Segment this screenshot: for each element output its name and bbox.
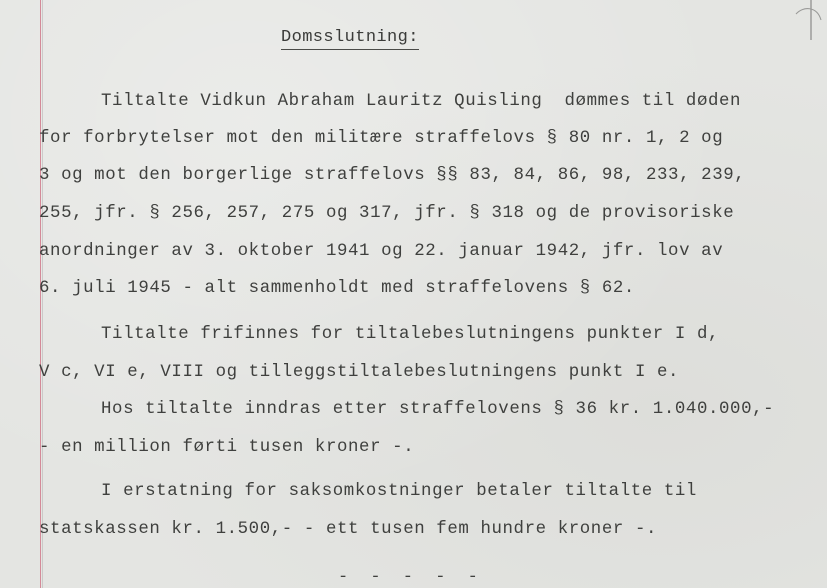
text-line: 6. juli 1945 - alt sammenholdt med straf…	[39, 279, 635, 299]
text-line: Tiltalte frifinnes for tiltalebeslutning…	[101, 325, 719, 345]
text-line: for forbrytelser mot den militære straff…	[39, 129, 723, 149]
text-line: Tiltalte Vidkun Abraham Lauritz Quisling…	[101, 92, 741, 112]
page-title: Domsslutning:	[281, 29, 419, 50]
closing-separator: - - - - -	[338, 568, 484, 587]
text-line: anordninger av 3. oktober 1941 og 22. ja…	[39, 242, 723, 262]
text-line: statskassen kr. 1.500,- - ett tusen fem …	[39, 520, 657, 540]
text-line: V c, VI e, VIII og tilleggstiltalebeslut…	[39, 363, 679, 383]
text-line: - en million førti tusen kroner -.	[39, 438, 414, 458]
text-line: Hos tiltalte inndras etter straffelovens…	[101, 400, 774, 420]
text-line: I erstatning for saksomkostninger betale…	[101, 482, 697, 502]
text-line: 255, jfr. § 256, 257, 275 og 317, jfr. §…	[39, 204, 734, 224]
document-page: Domsslutning: Tiltalte Vidkun Abraham La…	[0, 0, 827, 588]
text-line: 3 og mot den borgerlige straffelovs §§ 8…	[39, 166, 745, 186]
pencil-mark-icon	[793, 0, 823, 42]
